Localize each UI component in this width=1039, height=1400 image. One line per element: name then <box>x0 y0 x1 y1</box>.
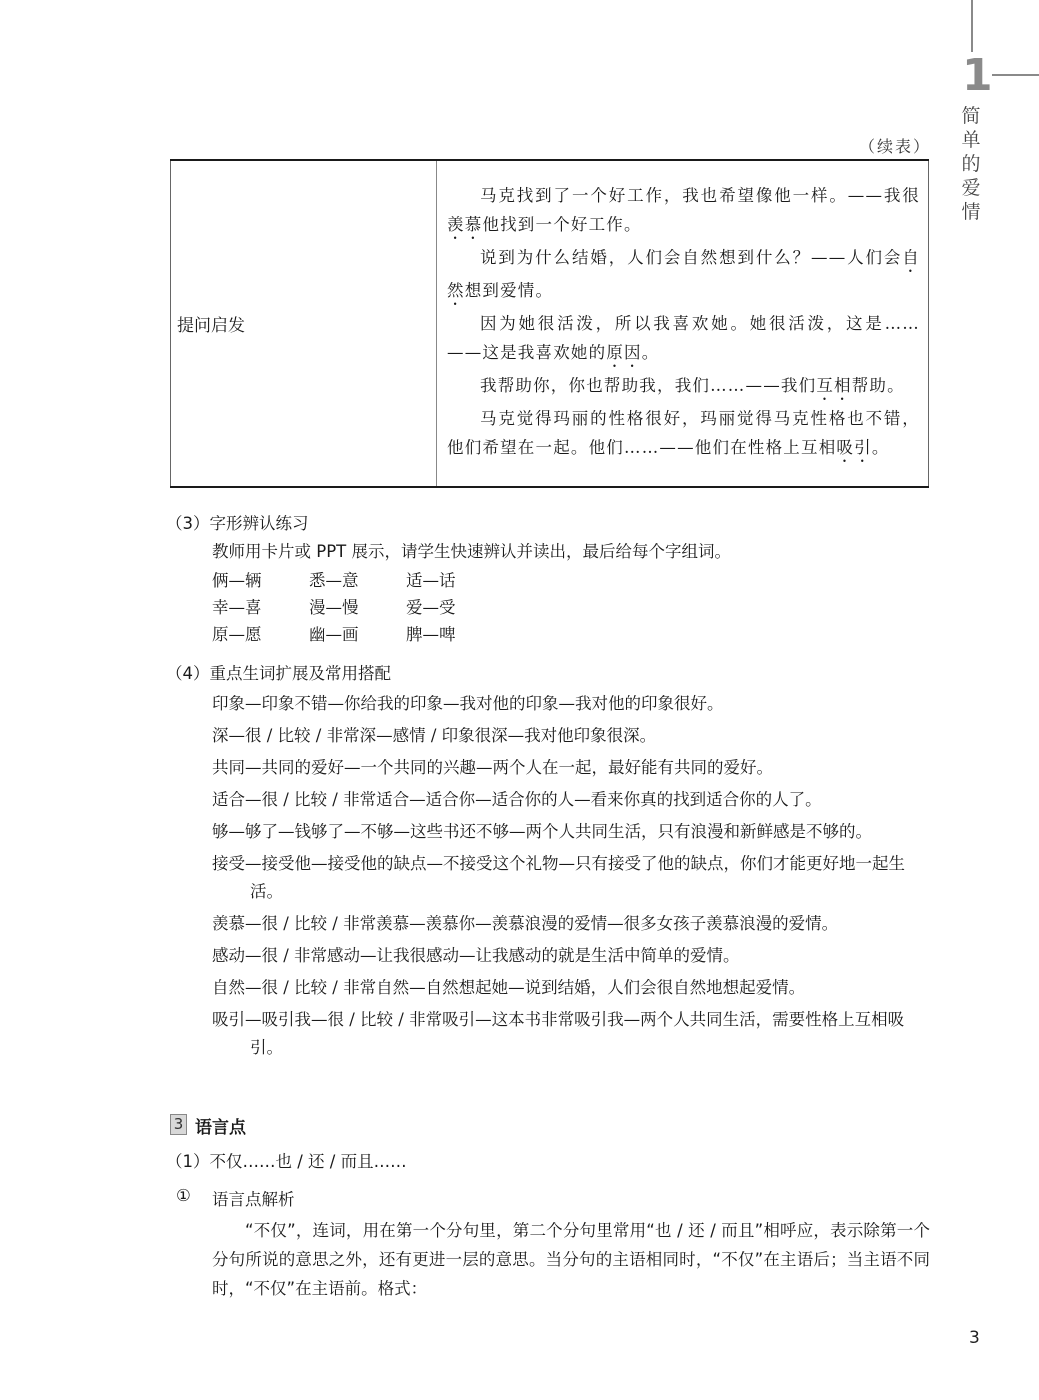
char-pairs-grid: 俩—辆 悉—意 适—话 幸—喜 漫—慢 爱—受 原—愿 幽—画 脾—啤 <box>212 567 503 648</box>
section-heading-4: （4）重点生词扩展及常用搭配 <box>166 660 391 684</box>
emphasized-word: 羡慕 <box>447 215 482 234</box>
example-paragraph: 说到为什么结婚，人们会自然想到什么？——人们会自然想到爱情。 <box>447 243 920 309</box>
example-text: 马克找到了一个好工作，我也希望像他一样。——我很 <box>480 186 920 205</box>
chapter-number: 1 <box>962 54 993 98</box>
chapter-tab-horizontal-rule <box>992 74 1039 76</box>
vocab-item: 印象—印象不错—你给我的印象—我对他的印象—我对他的印象很好。 <box>212 690 930 718</box>
emphasized-word: 互相 <box>816 376 851 395</box>
chapter-title-char: 爱 <box>958 176 984 200</box>
char-pair: 脾—啤 <box>406 621 503 648</box>
vocab-item: 自然—很 / 比较 / 非常自然—自然想起她—说到结婚，人们会很自然地想起爱情。 <box>212 974 930 1002</box>
char-pair: 适—话 <box>406 567 503 594</box>
chapter-title-char: 单 <box>958 128 984 152</box>
example-paragraph: 我帮助你，你也帮助我，我们……——我们互相帮助。 <box>447 371 920 404</box>
language-point-heading: （1）不仅……也 / 还 / 而且…… <box>166 1148 407 1172</box>
part-title: 语言点 <box>195 1113 246 1138</box>
vocab-item: 适合—很 / 比较 / 非常适合—适合你—适合你的人—看来你真的找到适合你的人了… <box>212 786 930 814</box>
table-continued-label: （续表） <box>859 134 931 157</box>
part-number-badge: 3 <box>170 1114 187 1135</box>
table-row: 提问启发 马克找到了一个好工作，我也希望像他一样。——我很羡慕他找到一个好工作。… <box>171 160 929 487</box>
example-text: 我帮助你，你也帮助我，我们……——我们 <box>480 376 816 395</box>
char-pairs-row: 原—愿 幽—画 脾—啤 <box>212 621 503 648</box>
chapter-title-char: 简 <box>958 104 984 128</box>
example-text: 因为她很活泼，所以我喜欢她。她很活泼，这是……——这是我喜欢她的 <box>447 314 920 362</box>
char-pair: 悉—意 <box>309 567 406 594</box>
section-instruction: 教师用卡片或 PPT 展示，请学生快速辨认并读出，最后给每个字组词。 <box>212 538 731 562</box>
char-pair: 原—愿 <box>212 621 309 648</box>
vocab-item: 接受—接受他—接受他的缺点—不接受这个礼物—只有接受了他的缺点，你们才能更好地一… <box>212 850 930 906</box>
explanation-text: “不仅”，连词，用在第一个分句里，第二个分句里常用“也 / 还 / 而且”相呼应… <box>212 1216 930 1303</box>
chapter-title-char: 情 <box>958 200 984 224</box>
vocab-list: 印象—印象不错—你给我的印象—我对他的印象—我对他的印象很好。 深—很 / 比较… <box>212 690 930 1062</box>
example-paragraph: 马克找到了一个好工作，我也希望像他一样。——我很羡慕他找到一个好工作。 <box>447 181 920 243</box>
table-row-label: 提问启发 <box>171 160 437 487</box>
char-pair: 爱—受 <box>406 594 503 621</box>
example-paragraph: 因为她很活泼，所以我喜欢她。她很活泼，这是……——这是我喜欢她的原因。 <box>447 309 920 371</box>
chapter-title: 简 单 的 爱 情 <box>958 104 984 224</box>
example-text: 想到爱情。 <box>465 281 554 300</box>
char-pair: 幸—喜 <box>212 594 309 621</box>
vocab-item: 深—很 / 比较 / 非常深—感情 / 印象很深—我对他印象很深。 <box>212 722 930 750</box>
char-pairs-row: 俩—辆 悉—意 适—话 <box>212 567 503 594</box>
example-text: 。 <box>872 438 890 457</box>
chapter-title-char: 的 <box>958 152 984 176</box>
section-heading-3: （3）字形辨认练习 <box>166 510 309 534</box>
vocab-item: 吸引—吸引我—很 / 比较 / 非常吸引—这本书非常吸引我—两个人共同生活，需要… <box>212 1006 930 1062</box>
char-pairs-row: 幸—喜 漫—慢 爱—受 <box>212 594 503 621</box>
example-text: 他找到一个好工作。 <box>482 215 641 234</box>
char-pair: 漫—慢 <box>309 594 406 621</box>
subsection-marker: ① <box>176 1186 191 1205</box>
vocab-item: 感动—很 / 非常感动—让我很感动—让我感动的就是生活中简单的爱情。 <box>212 942 930 970</box>
emphasized-word: 吸引 <box>836 438 871 457</box>
example-text: 说到为什么结婚，人们会自然想到什么？——人们会 <box>480 248 902 267</box>
table-examples-cell: 马克找到了一个好工作，我也希望像他一样。——我很羡慕他找到一个好工作。 说到为什… <box>437 160 929 487</box>
subsection-title: 语言点解析 <box>212 1186 295 1210</box>
vocab-item: 共同—共同的爱好—一个共同的兴趣—两个人在一起，最好能有共同的爱好。 <box>212 754 930 782</box>
example-text: 。 <box>642 343 660 362</box>
chapter-tab-vertical-rule <box>971 0 973 52</box>
char-pair: 俩—辆 <box>212 567 309 594</box>
example-text: 帮助。 <box>852 376 905 395</box>
vocab-item: 羡慕—很 / 比较 / 非常羡慕—羡慕你—羡慕浪漫的爱情—很多女孩子羡慕浪漫的爱… <box>212 910 930 938</box>
page-number: 3 <box>969 1328 980 1348</box>
vocab-item: 够—够了—钱够了—不够—这些书还不够—两个人共同生活，只有浪漫和新鲜感是不够的。 <box>212 818 930 846</box>
char-pair: 幽—画 <box>309 621 406 648</box>
explanation-paragraph: “不仅”，连词，用在第一个分句里，第二个分句里常用“也 / 还 / 而且”相呼应… <box>212 1216 930 1303</box>
emphasized-word: 原因 <box>606 343 641 362</box>
example-paragraph: 马克觉得玛丽的性格很好，玛丽觉得马克性格也不错，他们希望在一起。他们……——他们… <box>447 404 920 466</box>
teaching-table: 提问启发 马克找到了一个好工作，我也希望像他一样。——我很羡慕他找到一个好工作。… <box>170 159 929 488</box>
